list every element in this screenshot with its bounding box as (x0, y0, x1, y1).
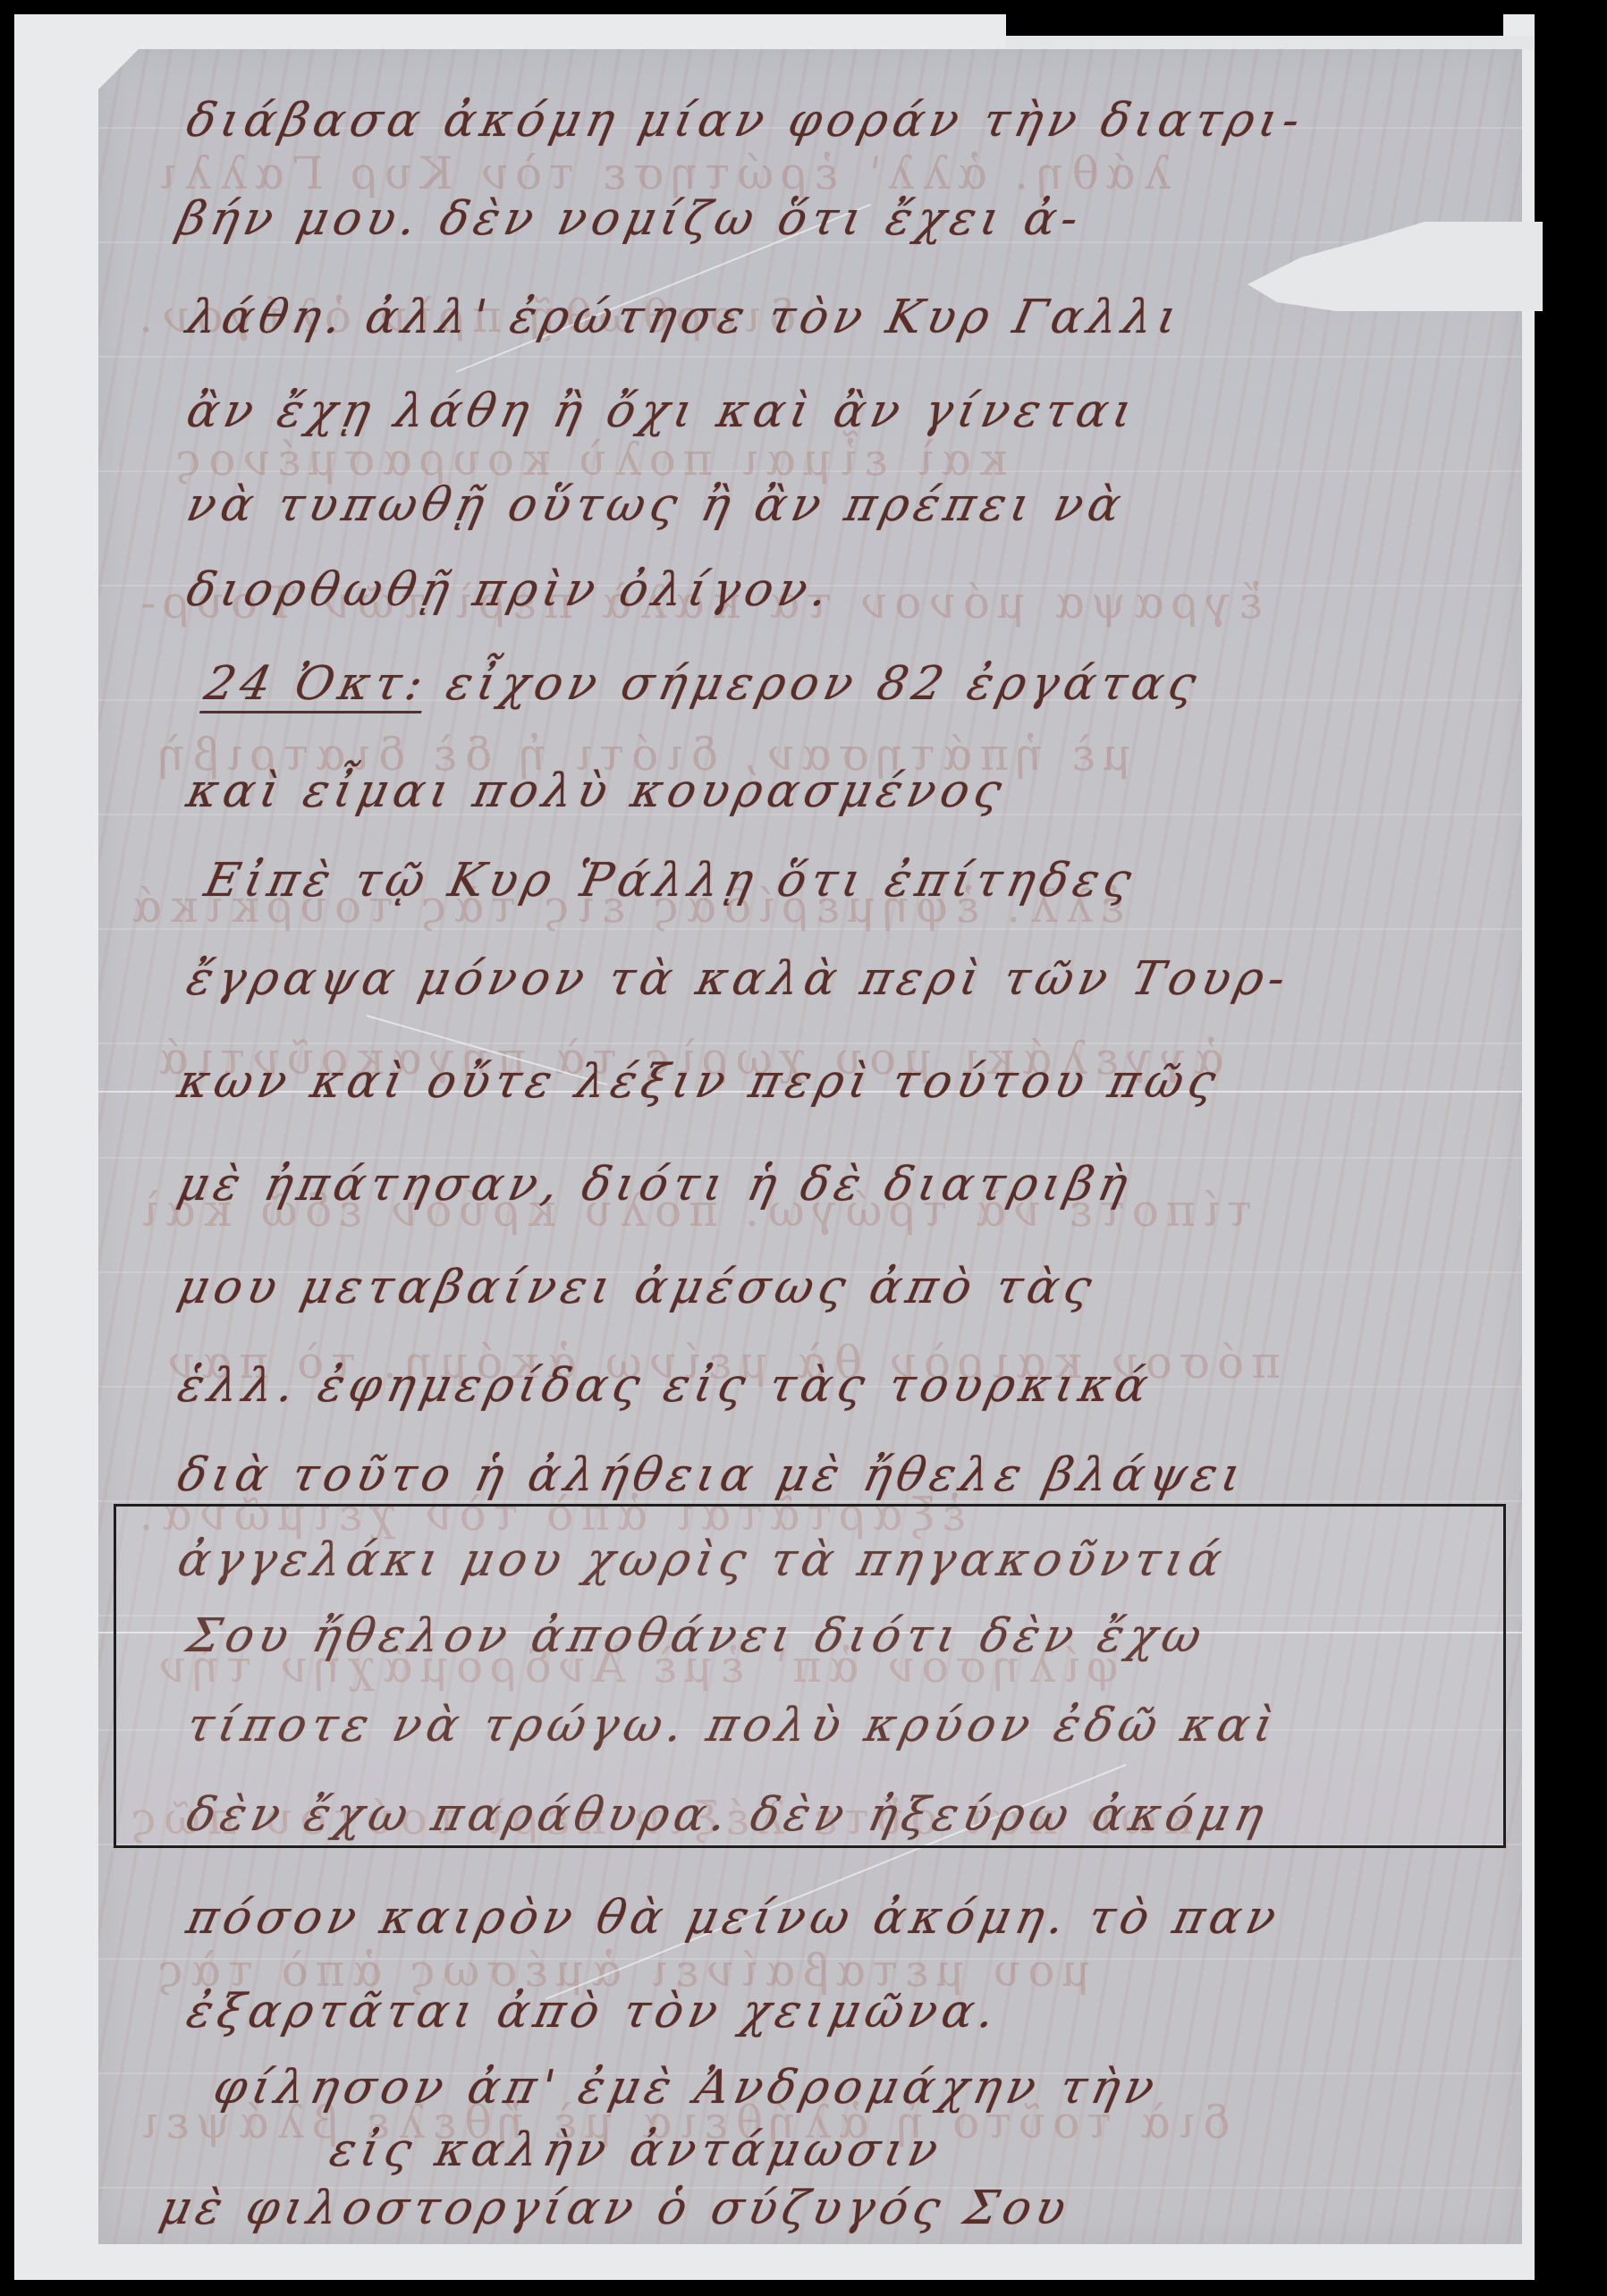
letter-line: διορθωθῇ πρὶν ὀλίγον. (182, 563, 838, 617)
letter-line: ἔγραψα μόνον τὰ καλὰ περὶ τῶν Τουρ- (182, 952, 1296, 1006)
scan-frame-bottom (0, 2282, 1607, 2296)
letter-line: μὲ ἠπάτησαν, διότι ἡ δὲ διατριβὴ (173, 1158, 1138, 1211)
letter-line-dated: 24 Ὀκτ: εἶχον σήμερον 82 ἐργάτας (200, 657, 1206, 711)
letter-line: ἐξαρτᾶται ἀπὸ τὸν χειμῶνα. (182, 1985, 1005, 2039)
letter-paper: λάθη. ἀλλ' ἐρώτησε τὸν Κυρ Γαλλι διορθωθ… (98, 49, 1522, 2244)
date-entry: 24 Ὀκτ: (199, 657, 433, 713)
letter-line: βήν μου. δὲν νομίζω ὅτι ἔχει ἀ- (173, 192, 1088, 246)
letter-line: κων καὶ οὔτε λέξιν περὶ τούτου πῶς (173, 1055, 1226, 1109)
letter-line: Εἰπὲ τῷ Κυρ Ῥάλλῃ ὅτι ἐπίτηδες (200, 854, 1141, 907)
letter-line: ἑλλ. ἐφημερίδας εἰς τὰς τουρκικά (173, 1359, 1158, 1413)
letter-line: λάθη. ἀλλ' ἐρώτησε τὸν Κυρ Γαλλι (182, 291, 1188, 344)
letter-line-text: εἶχον σήμερον 82 ἐργάτας (442, 657, 1206, 711)
letter-line: διάβασα ἀκόμη μίαν φοράν τὴν διατρι- (182, 94, 1310, 148)
letter-line: καὶ εἶμαι πολὺ κουρασμένος (182, 764, 1012, 818)
scan-border-artifact (1006, 36, 1534, 50)
scan-frame-right-notch (1538, 49, 1607, 308)
scan-frame-right (1574, 0, 1607, 2296)
letter-line: πόσον καιρὸν θὰ μείνω ἀκόμη. τὸ παν (182, 1891, 1286, 1945)
letter-line: διὰ τοῦτο ἡ ἀλήθεια μὲ ἤθελε βλάψει (173, 1448, 1252, 1502)
letter-line-closing: εἰς καλὴν ἀντάμωσιν (326, 2123, 948, 2177)
letter-line: μου μεταβαίνει ἀμέσως ἀπὸ τὰς (173, 1261, 1102, 1314)
letter-signature-line: μὲ φιλοστοργίαν ὁ σύζυγός Σου (156, 2182, 1076, 2235)
letter-line: ἂν ἔχῃ λάθη ἢ ὄχι καὶ ἂν γίνεται (182, 384, 1143, 438)
letter-line: νὰ τυπωθῇ οὕτως ἢ ἂν πρέπει νὰ (182, 478, 1131, 532)
letter-line: φίλησον ἀπ' ἐμὲ Ἀνδρομάχην τὴν (209, 2061, 1164, 2115)
annotation-bounding-box (114, 1504, 1506, 1848)
